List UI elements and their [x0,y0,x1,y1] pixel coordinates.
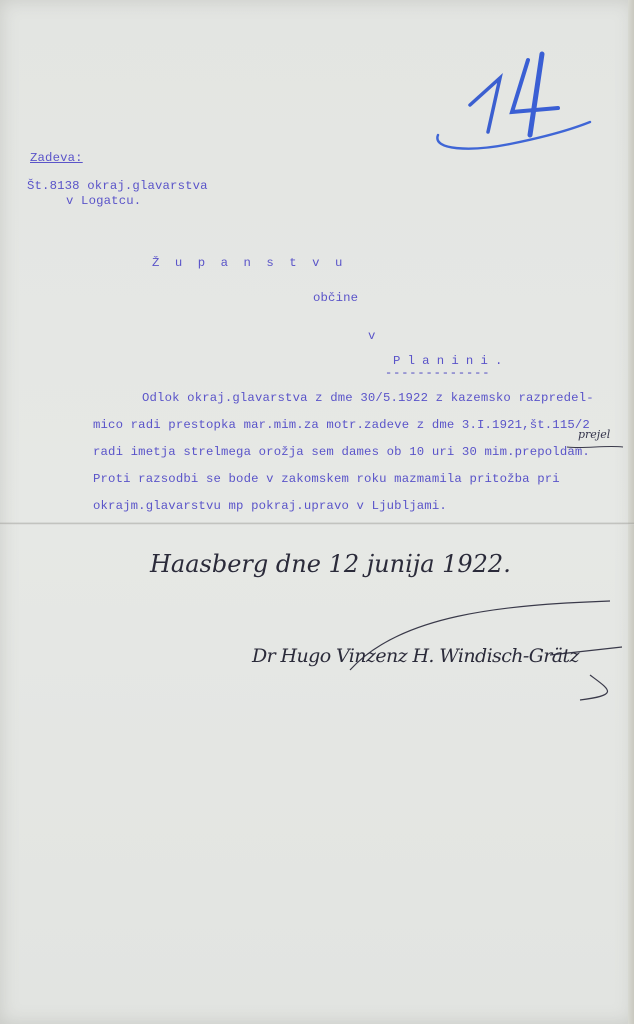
reference-line-1: Št.8138 okraj.glavarstva [27,180,208,192]
document-page: 14 Zadeva: Št.8138 okraj.glavarstva v Lo… [0,0,634,1024]
addressee-line-3: v [368,330,376,342]
addressee-line-1: Županstvu [152,257,358,269]
body-line-3: radi imetja strelmega orožja sem dames o… [93,446,590,458]
addressee-line-2: občine [313,292,358,304]
reference-line-2: v Logatcu. [66,195,141,207]
paper-fold-line [0,522,634,525]
signature: Dr Hugo Vinzenz H. Windisch-Grätz [252,645,579,667]
page-edge [628,0,634,1024]
addressee-underline: ------------- [385,366,490,380]
body-line-1: Odlok okraj.glavarstva z dme 30/5.1922 z… [142,392,594,404]
subject-label: Zadeva: [30,152,83,164]
body-line-5: okrajm.glavarstvu mp pokraj.upravo v Lju… [93,500,447,512]
body-line-2: mico radi prestopka mar.mim.za motr.zade… [93,419,590,431]
handwritten-insert: prejel [578,428,610,441]
folio-number-mark [430,40,600,160]
place-date-handwritten: Haasberg dne 12 junija 1922. [150,550,511,578]
body-line-4: Proti razsodbi se bode v zakomskem roku … [93,473,560,485]
